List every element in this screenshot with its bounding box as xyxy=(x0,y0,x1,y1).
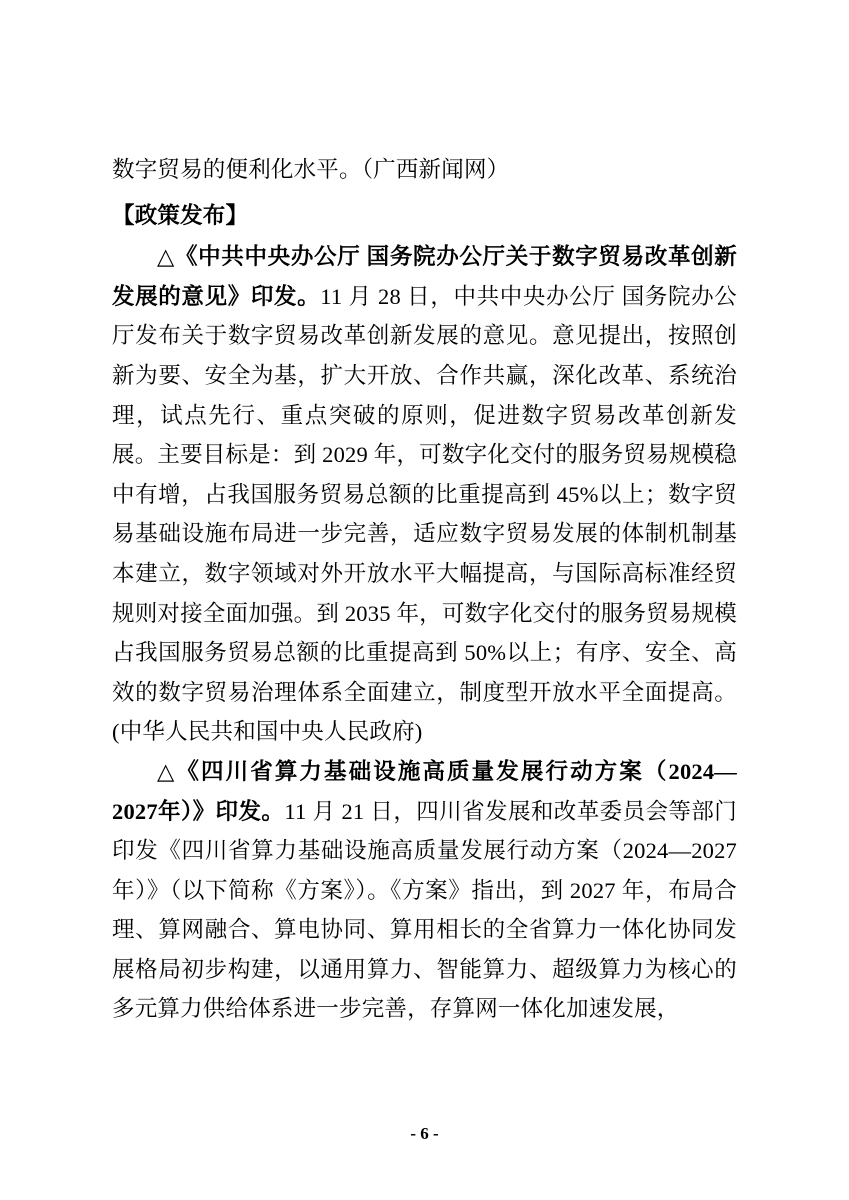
policy-entry-body: 11 月 21 日，四川省发展和改革委员会等部门印发《四川省算力基础设施高质量发… xyxy=(112,799,737,1022)
policy-entry: △《中共中央办公厅 国务院办公厅关于数字贸易改革创新发展的意见》印发。11 月 … xyxy=(112,237,737,752)
page-number: - 6 - xyxy=(0,1124,849,1144)
carryover-paragraph-line: 数字贸易的便利化水平。（广西新闻网） xyxy=(112,150,737,190)
policy-entry: △《四川省算力基础设施高质量发展行动方案（2024—2027年）》印发。11 月… xyxy=(112,752,737,1029)
section-heading-policy-release: 【政策发布】 xyxy=(112,196,737,236)
policy-entry-body: 11 月 28 日，中共中央办公厅 国务院办公厅发布关于数字贸易改革创新发展的意… xyxy=(112,284,737,745)
document-page: 数字贸易的便利化水平。（广西新闻网） 【政策发布】 △《中共中央办公厅 国务院办… xyxy=(0,0,849,1200)
document-body: 数字贸易的便利化水平。（广西新闻网） 【政策发布】 △《中共中央办公厅 国务院办… xyxy=(112,150,737,1029)
